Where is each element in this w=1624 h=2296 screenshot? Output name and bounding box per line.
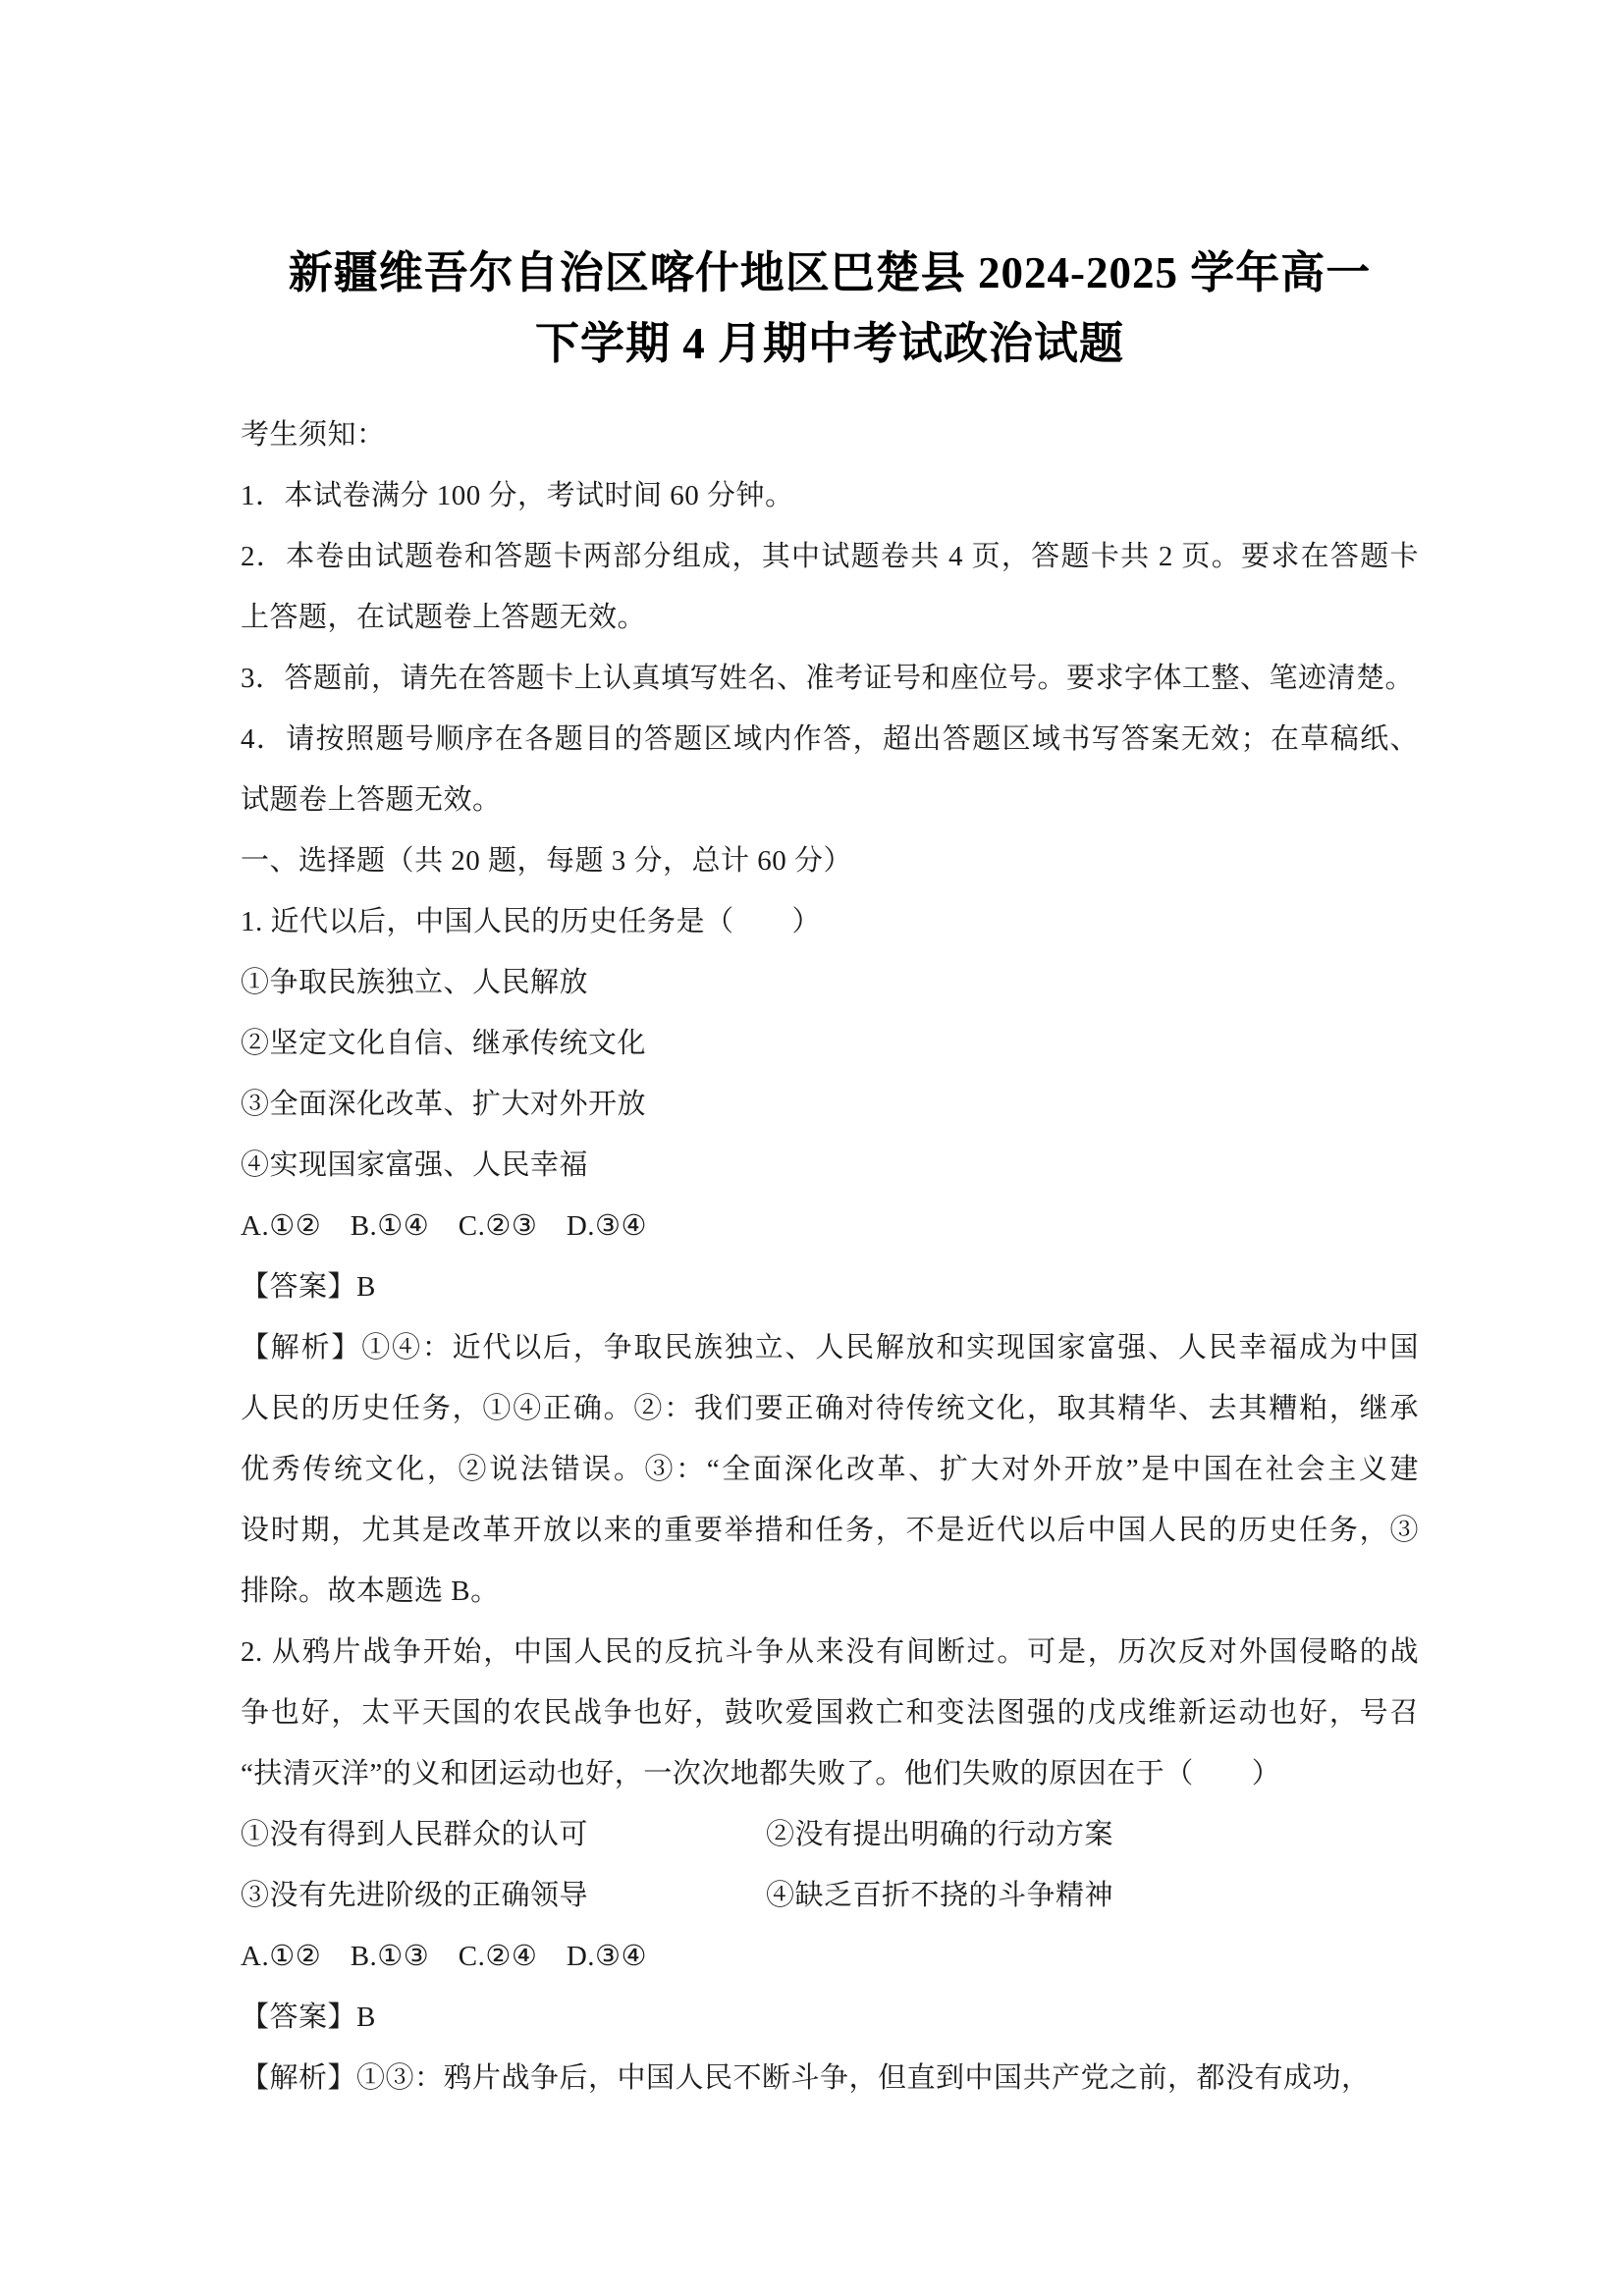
- q2-option-3: ③没有先进阶级的正确领导: [241, 1865, 766, 1926]
- section-1-heading: 一、选择题（共 20 题，每题 3 分，总计 60 分）: [241, 830, 1419, 891]
- q1-analysis-line-1: 【解析】①④：近代以后，争取民族独立、人民解放和实现国家富强、人民幸福成为中国: [241, 1317, 1419, 1378]
- notice-item-4-line-2: 试题卷上答题无效。: [241, 770, 1419, 830]
- q1-option-4: ④实现国家富强、人民幸福: [241, 1135, 1419, 1196]
- q1-stem: 1. 近代以后，中国人民的历史任务是（ ）: [241, 891, 1419, 952]
- q1-option-3: ③全面深化改革、扩大对外开放: [241, 1074, 1419, 1135]
- q2-stem-line-2: 争也好，太平天国的农民战争也好，鼓吹爱国救亡和变法图强的戊戌维新运动也好，号召: [241, 1682, 1419, 1743]
- q2-choices: A.①② B.①③ C.②④ D.③④: [241, 1926, 1419, 1987]
- q1-analysis-line-5: 排除。故本题选 B。: [241, 1561, 1419, 1622]
- q1-choices: A.①② B.①④ C.②③ D.③④: [241, 1196, 1419, 1256]
- exam-paper-page: 新疆维吾尔自治区喀什地区巴楚县 2024-2025 学年高一 下学期 4 月期中…: [0, 0, 1624, 2296]
- q1-answer: 【答案】B: [241, 1256, 1419, 1317]
- q2-options-row-2: ③没有先进阶级的正确领导④缺乏百折不挠的斗争精神: [241, 1865, 1419, 1926]
- q1-analysis-line-3: 优秀传统文化，②说法错误。③：“全面深化改革、扩大对外开放”是中国在社会主义建: [241, 1439, 1419, 1500]
- q2-analysis-line-1: 【解析】①③：鸦片战争后，中国人民不断斗争，但直到中国共产党之前，都没有成功，: [241, 2048, 1419, 2109]
- q1-analysis-line-4: 设时期，尤其是改革开放以来的重要举措和任务，不是近代以后中国人民的历史任务，③: [241, 1500, 1419, 1561]
- notice-item-1: 1．本试卷满分 100 分，考试时间 60 分钟。: [241, 465, 1419, 526]
- q2-option-1: ①没有得到人民群众的认可: [241, 1804, 766, 1865]
- exam-body: 考生须知： 1．本试卷满分 100 分，考试时间 60 分钟。 2．本卷由试题卷…: [241, 404, 1419, 2109]
- notice-item-2-line-2: 上答题，在试题卷上答题无效。: [241, 587, 1419, 648]
- q2-stem-line-1: 2. 从鸦片战争开始，中国人民的反抗斗争从来没有间断过。可是，历次反对外国侵略的…: [241, 1622, 1419, 1682]
- q2-option-4: ④缺乏百折不挠的斗争精神: [766, 1880, 1113, 1911]
- page-content: 新疆维吾尔自治区喀什地区巴楚县 2024-2025 学年高一 下学期 4 月期中…: [241, 238, 1419, 2109]
- q1-option-1: ①争取民族独立、人民解放: [241, 952, 1419, 1013]
- notice-item-2-line-1: 2．本卷由试题卷和答题卡两部分组成，其中试题卷共 4 页，答题卡共 2 页。要求…: [241, 526, 1419, 587]
- notice-item-3: 3．答题前，请先在答题卡上认真填写姓名、准考证号和座位号。要求字体工整、笔迹清楚…: [241, 648, 1419, 709]
- exam-title-line1: 新疆维吾尔自治区喀什地区巴楚县 2024-2025 学年高一: [241, 238, 1419, 308]
- q2-options-row-1: ①没有得到人民群众的认可②没有提出明确的行动方案: [241, 1804, 1419, 1865]
- notice-item-4-line-1: 4．请按照题号顺序在各题目的答题区域内作答，超出答题区域书写答案无效；在草稿纸、: [241, 709, 1419, 770]
- notice-heading: 考生须知：: [241, 404, 1419, 465]
- q2-stem-line-3: “扶清灭洋”的义和团运动也好，一次次地都失败了。他们失败的原因在于（ ）: [241, 1743, 1419, 1804]
- q2-answer: 【答案】B: [241, 1987, 1419, 2048]
- exam-title-line2: 下学期 4 月期中考试政治试题: [241, 308, 1419, 379]
- q1-analysis-line-2: 人民的历史任务，①④正确。②：我们要正确对待传统文化，取其精华、去其糟粕，继承: [241, 1378, 1419, 1439]
- q2-option-2: ②没有提出明确的行动方案: [766, 1819, 1113, 1850]
- q1-option-2: ②坚定文化自信、继承传统文化: [241, 1013, 1419, 1074]
